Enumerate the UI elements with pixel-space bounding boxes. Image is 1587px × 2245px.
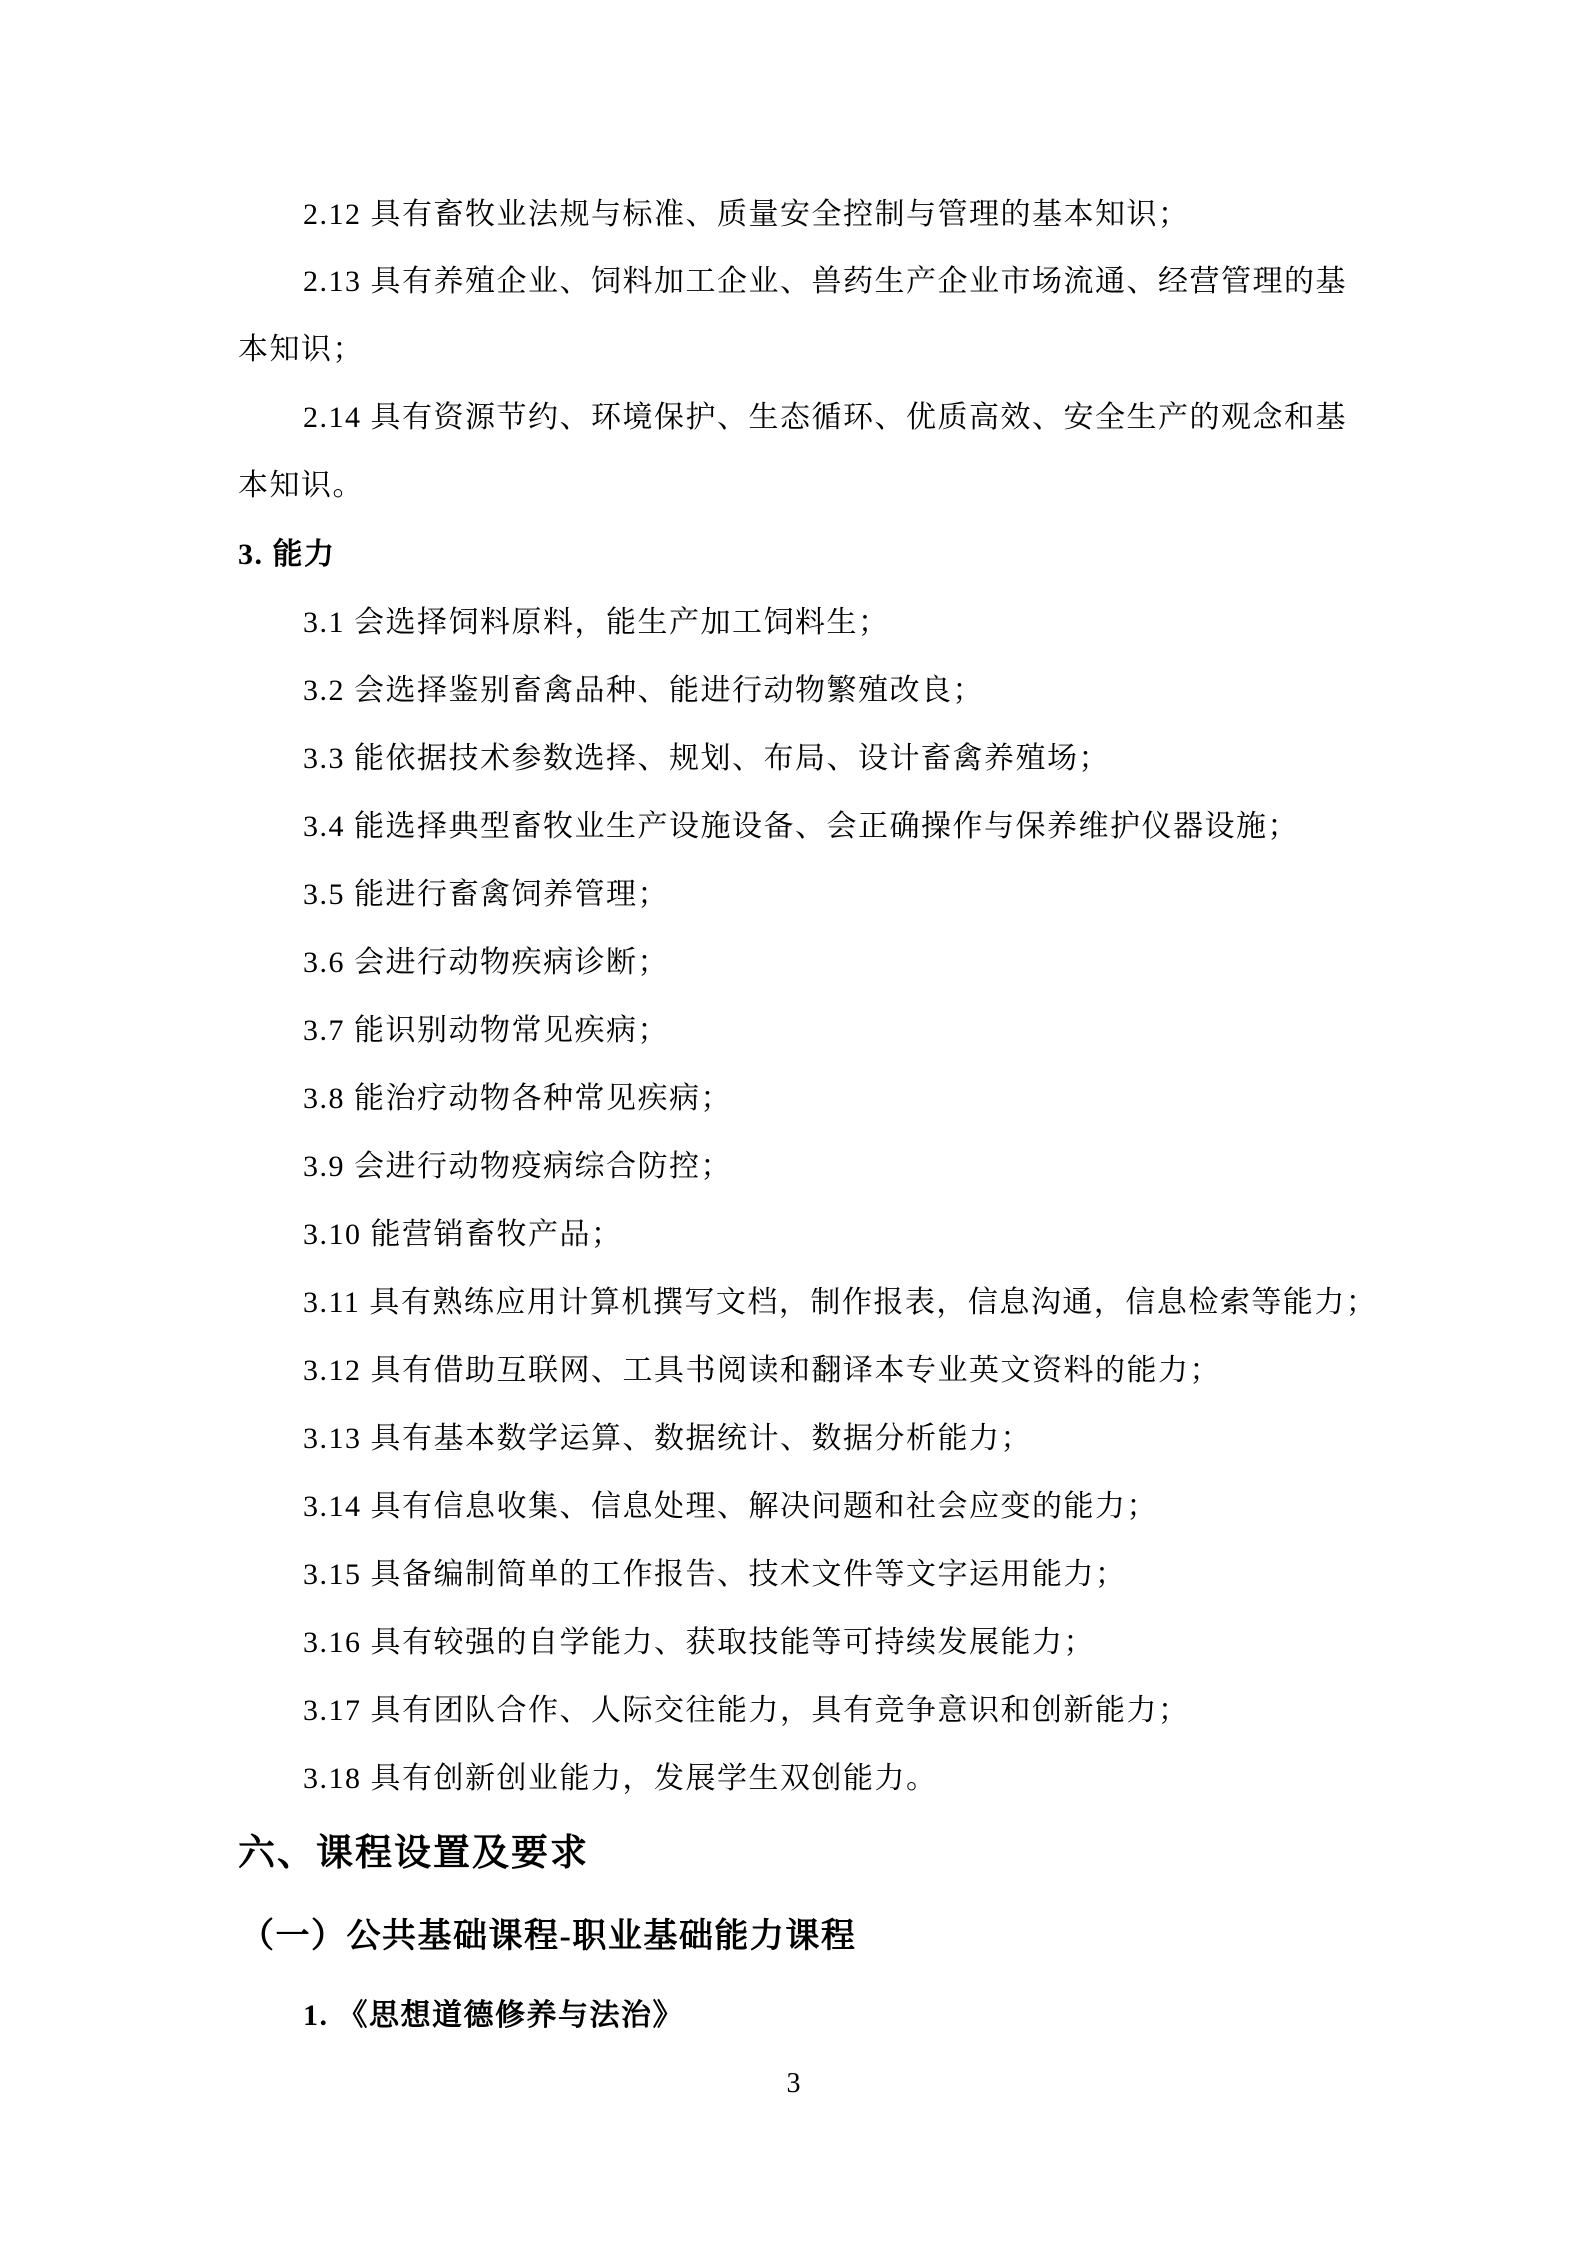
ability-item-3-3: 3.3 能依据技术参数选择、规划、布局、设计畜禽养殖场； bbox=[303, 739, 1423, 779]
ability-item-3-7: 3.7 能识别动物常见疾病； bbox=[303, 1011, 1423, 1051]
ability-item-3-2: 3.2 会选择鉴别畜禽品种、能进行动物繁殖改良； bbox=[303, 671, 1423, 711]
section-six-heading: 六、课程设置及要求 bbox=[238, 1830, 1358, 1878]
knowledge-item-2-14-continuation: 本知识。 bbox=[238, 466, 1358, 506]
document-page: 2.12 具有畜牧业法规与标准、质量安全控制与管理的基本知识； 2.13 具有养… bbox=[0, 0, 1587, 2245]
ability-item-3-4: 3.4 能选择典型畜牧业生产设施设备、会正确操作与保养维护仪器设施； bbox=[303, 807, 1423, 847]
ability-item-3-5: 3.5 能进行畜禽饲养管理； bbox=[303, 875, 1423, 915]
ability-item-3-11: 3.11 具有熟练应用计算机撰写文档，制作报表，信息沟通，信息检索等能力； bbox=[303, 1283, 1423, 1323]
ability-item-3-9: 3.9 会进行动物疫病综合防控； bbox=[303, 1147, 1423, 1187]
ability-item-3-12: 3.12 具有借助互联网、工具书阅读和翻译本专业英文资料的能力； bbox=[303, 1351, 1423, 1391]
knowledge-item-2-13-continuation: 本知识； bbox=[238, 330, 1358, 370]
course-heading: 1. 《思想道德修养与法治》 bbox=[303, 1996, 1423, 2036]
ability-item-3-17: 3.17 具有团队合作、人际交往能力，具有竞争意识和创新能力； bbox=[303, 1691, 1423, 1731]
ability-item-3-15: 3.15 具备编制简单的工作报告、技术文件等文字运用能力； bbox=[303, 1555, 1423, 1595]
knowledge-item-2-12: 2.12 具有畜牧业法规与标准、质量安全控制与管理的基本知识； bbox=[303, 195, 1423, 235]
ability-item-3-13: 3.13 具有基本数学运算、数据统计、数据分析能力； bbox=[303, 1419, 1423, 1459]
ability-item-3-14: 3.14 具有信息收集、信息处理、解决问题和社会应变的能力； bbox=[303, 1487, 1423, 1527]
ability-section-heading: 3. 能力 bbox=[238, 535, 1358, 575]
ability-item-3-6: 3.6 会进行动物疾病诊断； bbox=[303, 943, 1423, 983]
ability-item-3-18: 3.18 具有创新创业能力，发展学生双创能力。 bbox=[303, 1759, 1423, 1799]
ability-item-3-10: 3.10 能营销畜牧产品； bbox=[303, 1215, 1423, 1255]
ability-item-3-1: 3.1 会选择饲料原料，能生产加工饲料生； bbox=[303, 603, 1423, 643]
ability-item-3-16: 3.16 具有较强的自学能力、获取技能等可持续发展能力； bbox=[303, 1623, 1423, 1663]
subsection-heading: （一）公共基础课程-职业基础能力课程 bbox=[240, 1914, 1360, 1960]
knowledge-item-2-14: 2.14 具有资源节约、环境保护、生态循环、优质高效、安全生产的观念和基 bbox=[303, 398, 1423, 438]
knowledge-item-2-13: 2.13 具有养殖企业、饲料加工企业、兽药生产企业市场流通、经营管理的基 bbox=[303, 262, 1423, 302]
ability-item-3-8: 3.8 能治疗动物各种常见疾病； bbox=[303, 1079, 1423, 1119]
page-number: 3 bbox=[0, 2066, 1587, 2102]
